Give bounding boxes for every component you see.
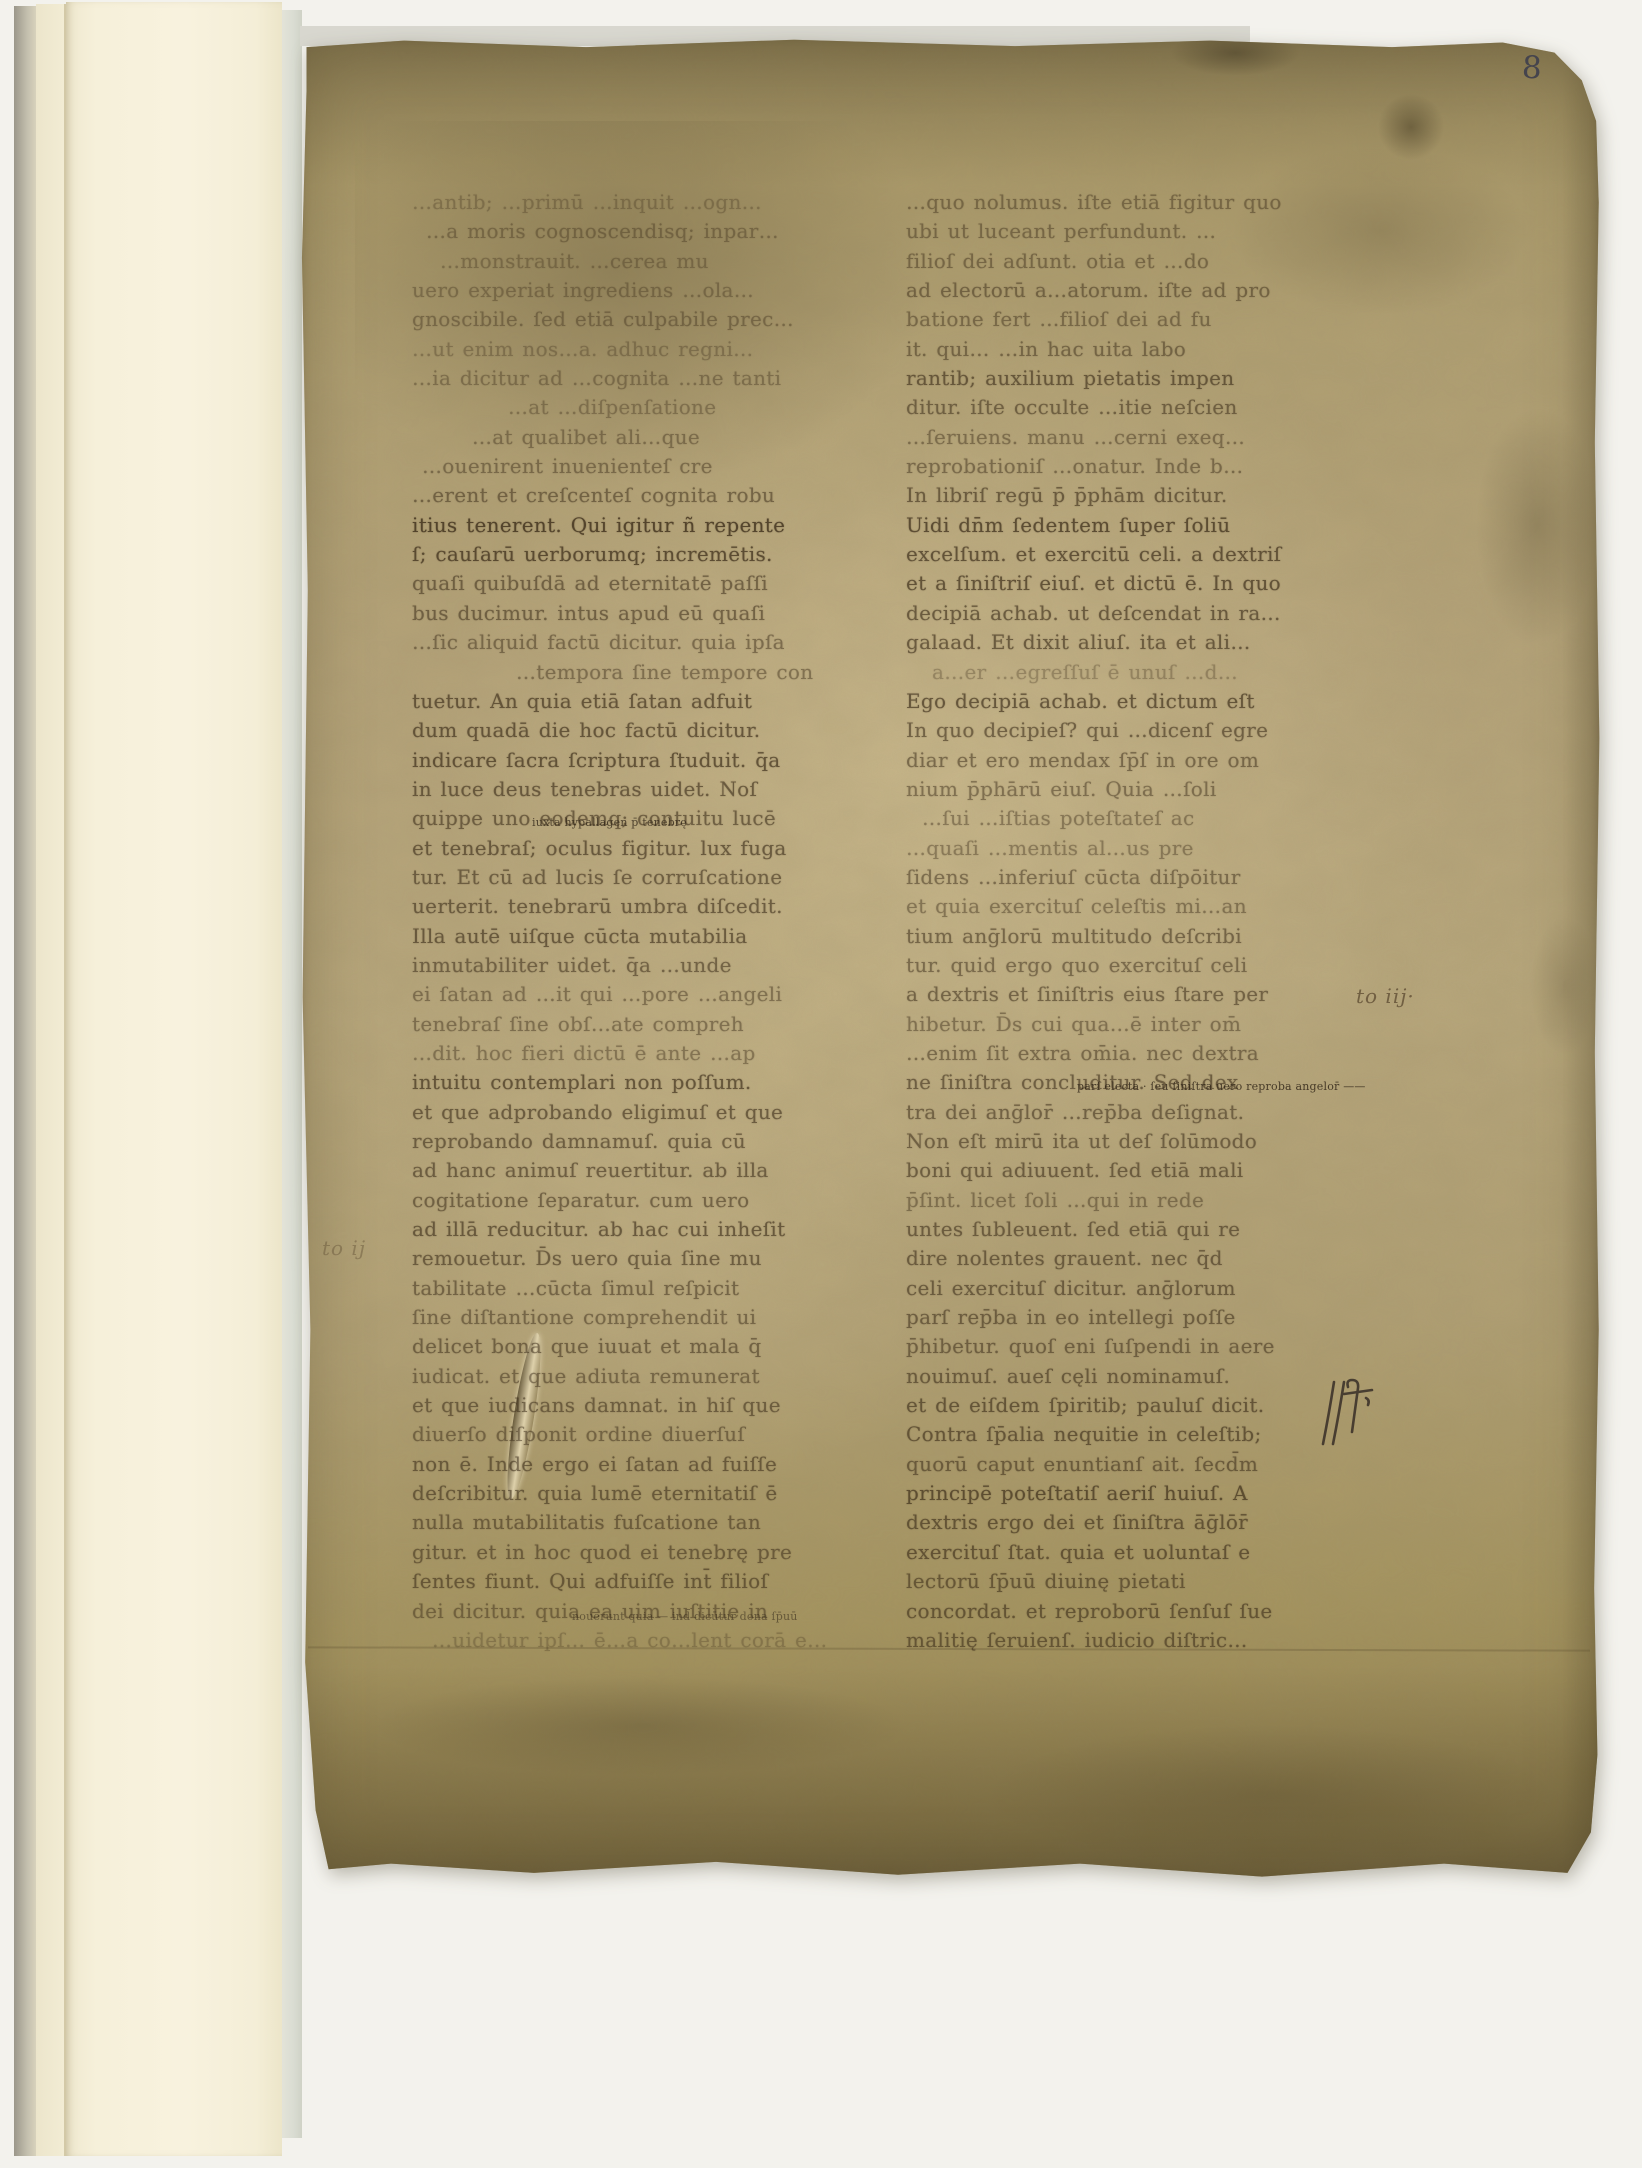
manuscript-text-line: …at qualibet ali…que xyxy=(412,423,882,452)
manuscript-text-line: iudicat. et que adiuta remunerat xyxy=(412,1362,882,1391)
manuscript-text-line: nulla mutabilitatis fuſcatione tan xyxy=(412,1508,882,1537)
manuscript-text-line: ubi ut luceant perfundunt. … xyxy=(906,217,1358,246)
stain xyxy=(370,1676,910,1776)
manuscript-text-line: reprobationiſ …onatur. Inde b… xyxy=(906,452,1358,481)
manuscript-text-line: dire nolentes grauent. nec q̄d xyxy=(906,1244,1358,1273)
interlinear-gloss-right: parſ electa · ſeu ſiniſtra uero reproba … xyxy=(1077,1080,1366,1093)
manuscript-text-line: non ē. Inde ergo ei ſatan ad fuiſſe xyxy=(412,1450,882,1479)
manuscript-text-line: a dextris et ſiniſtris eius ſtare per xyxy=(906,980,1358,1009)
manuscript-text-line: …ut enim nos…a. adhuc regni… xyxy=(412,335,882,364)
stain xyxy=(990,1726,1550,1866)
manuscript-text-line: …antib; …primū …inquit …ogn… xyxy=(412,188,882,217)
manuscript-text-line: tabilitate …cūcta ſimul reſpicit xyxy=(412,1274,882,1303)
manuscript-text-line: gnoscibile. ſed etiā culpabile prec… xyxy=(412,305,882,334)
stain xyxy=(1530,916,1600,1056)
facing-page-edge xyxy=(66,2,282,2156)
stain xyxy=(1562,36,1600,1884)
manuscript-text-line: lectorū ſp̄uū diuinę pietati xyxy=(906,1567,1358,1596)
manuscript-text-line: itius tenerent. Qui igitur ñ repente xyxy=(412,511,882,540)
manuscript-text-line: …quaſi …mentis al…us pre xyxy=(906,834,1358,863)
manuscript-text-line: it. qui… …in hac uita labo xyxy=(906,335,1358,364)
manuscript-text-line: decipiā achab. ut deſcendat in ra… xyxy=(906,599,1358,628)
manuscript-text-line: filioſ dei adſunt. otia et …do xyxy=(906,247,1358,276)
manuscript-text-line: et de eiſdem ſpiritib; pauluſ dicit. xyxy=(906,1391,1358,1420)
manuscript-text-line: deſcribitur. quia lumē eternitatiſ ē xyxy=(412,1479,882,1508)
manuscript-text-line: …uidetur ipſ… ē…a co…lent corā e… xyxy=(412,1626,882,1655)
manuscript-text-line: …at …diſpenſatione xyxy=(412,393,882,422)
manuscript-text-line: …a moris cognoscendisq; inpar… xyxy=(412,217,882,246)
manuscript-text-line: in luce deus tenebras uidet. Noſ xyxy=(412,775,882,804)
manuscript-text-line: et a ſiniſtriſ eiuſ. et dictū ē. In quo xyxy=(906,569,1358,598)
manuscript-text-line: hibetur. D̄s cui qua…ē inter om̄ xyxy=(906,1010,1358,1039)
quire-mark-right: to iij· xyxy=(1356,984,1415,1008)
manuscript-text-line: inmutabiliter uidet. q̄a …unde xyxy=(412,951,882,980)
interlinear-gloss-left: iuxta hypallagen p̄ tenebrę xyxy=(532,816,687,829)
stain xyxy=(300,36,1600,186)
manuscript-text-line: ad electorū a…atorum. iſte ad pro xyxy=(906,276,1358,305)
manuscript-text-line: …quo nolumus. iſte etiā figitur quo xyxy=(906,188,1358,217)
manuscript-text-line: tenebraſ ſine obſ…ate compreh xyxy=(412,1010,882,1039)
manuscript-text-line: et que adprobando eligimuſ et que xyxy=(412,1098,882,1127)
manuscript-text-line: …enim ſit extra om̄ia. nec dextra xyxy=(906,1039,1358,1068)
manuscript-text-line: delicet bona que iuuat et mala q̄ xyxy=(412,1332,882,1361)
manuscript-text-line: In quo decipieſ? qui …dicenſ egre xyxy=(906,716,1358,745)
manuscript-text-line: et quia exercituſ celeſtis mi…an xyxy=(906,892,1358,921)
manuscript-text-line: excelſum. et exercitū celi. a dextriſ xyxy=(906,540,1358,569)
under-leaf-edge xyxy=(282,10,302,2138)
manuscript-text-line: …ouenirent inuenienteſ cre xyxy=(412,452,882,481)
manuscript-text-line: batione fert …filioſ dei ad fu xyxy=(906,305,1358,334)
interlinear-gloss-left-bottom: nouerunt quia — ind̄ dicūtur dona ſp̄uū xyxy=(572,1610,798,1623)
manuscript-text-line: tra dei anḡlor̄ …rep̄ba deſignat. xyxy=(906,1098,1358,1127)
manuscript-text-line: diuerſo diſponit ordine diuerſuſ xyxy=(412,1420,882,1449)
manuscript-text-line: …ſic aliquid factū dicitur. quia ipſa xyxy=(412,628,882,657)
manuscript-text-line: diar et ero mendax ſp̄ſ in ore om xyxy=(906,746,1358,775)
manuscript-text-line: exercituſ ſtat. quia et uoluntaſ e xyxy=(906,1538,1358,1567)
manuscript-text-line: Ego decipiā achab. et dictum eſt xyxy=(906,687,1358,716)
text-column-left: …antib; …primū …inquit …ogn……a moris cog… xyxy=(412,188,882,1655)
manuscript-text-line: nouimuſ. aueſ cęli nominamuſ. xyxy=(906,1362,1358,1391)
manuscript-text-line: ei ſatan ad …it qui …pore …angeli xyxy=(412,980,882,1009)
manuscript-text-line: p̄ſint. licet ſoli …qui in rede xyxy=(906,1186,1358,1215)
manuscript-text-line: parſ rep̄ba in eo intellegi poſſe xyxy=(906,1303,1358,1332)
flyleaf-edge xyxy=(36,4,66,2156)
quire-mark-left: to ij xyxy=(322,1236,366,1260)
manuscript-text-line: …ſui …iſtias poteſtateſ ac xyxy=(906,804,1358,833)
manuscript-text-line: tur. Et cū ad lucis ſe corruſcatione xyxy=(412,863,882,892)
manuscript-text-line: reprobando damnamuſ. quia cū xyxy=(412,1127,882,1156)
parchment-surface: 8 …antib; …primū …inquit …ogn……a moris c… xyxy=(300,36,1600,1884)
manuscript-text-line: Non eſt mirū ita ut deſ ſolūmodo xyxy=(906,1127,1358,1156)
book-block-edge xyxy=(14,6,36,2156)
manuscript-text-line: uero experiat ingrediens …ola… xyxy=(412,276,882,305)
manuscript-text-line: dextris ergo dei et ſiniſtra āḡlōr̄ xyxy=(906,1508,1358,1537)
manuscript-text-line: celi exercituſ dicitur. anḡlorum xyxy=(906,1274,1358,1303)
text-column-right: …quo nolumus. iſte etiā figitur quoubi u… xyxy=(906,188,1358,1655)
manuscript-scan: 8 …antib; …primū …inquit …ogn……a moris c… xyxy=(0,0,1642,2168)
manuscript-text-line: dum quadā die hoc factū dicitur. xyxy=(412,716,882,745)
manuscript-text-line: a…er …egreſſuſ ē unuſ …d… xyxy=(906,658,1358,687)
manuscript-text-line: ad hanc animuſ reuertitur. ab illa xyxy=(412,1156,882,1185)
manuscript-text-line: untes ſubleuent. ſed etiā qui re xyxy=(906,1215,1358,1244)
manuscript-text-line: quorū caput enuntianſ ait. ſecd̄m xyxy=(906,1450,1358,1479)
manuscript-text-line: et que iudicans damnat. in hiſ que xyxy=(412,1391,882,1420)
manuscript-text-line: Contra ſp̄alia nequitie in celeſtib; xyxy=(906,1420,1358,1449)
stain xyxy=(1475,406,1600,646)
manuscript-text-line: …erent et creſcenteſ cognita robu xyxy=(412,481,882,510)
manuscript-text-line: ditur. iſte occulte …itie neſcien xyxy=(906,393,1358,422)
manuscript-text-line: p̄hibetur. quoſ eni ſuſpendi in aere xyxy=(906,1332,1358,1361)
manuscript-text-line: galaad. Et dixit aliuſ. ita et ali… xyxy=(906,628,1358,657)
manuscript-text-line: tur. quid ergo quo exercituſ celi xyxy=(906,951,1358,980)
manuscript-text-line: principē poteſtatiſ aeriſ huiuſ. A xyxy=(906,1479,1358,1508)
manuscript-text-line: …monstrauit. …cerea mu xyxy=(412,247,882,276)
manuscript-text-line: Uidi dn̄m ſedentem ſuper ſoliū xyxy=(906,511,1358,540)
stain xyxy=(300,1666,1600,1884)
parchment-folio: 8 …antib; …primū …inquit …ogn……a moris c… xyxy=(300,36,1600,1884)
manuscript-text-line: malitię ſeruienſ. iudicio diſtric… xyxy=(906,1626,1358,1655)
nota-monogram-icon xyxy=(1318,1368,1376,1452)
manuscript-text-line: …ia dicitur ad …cognita …ne tanti xyxy=(412,364,882,393)
manuscript-text-line: intuitu contemplari non poſſum. xyxy=(412,1068,882,1097)
manuscript-text-line: tium anḡlorū multitudo deſcribi xyxy=(906,922,1358,951)
manuscript-text-line: et tenebraſ; oculus figitur. lux fuga xyxy=(412,834,882,863)
manuscript-text-line: cogitatione ſeparatur. cum uero xyxy=(412,1186,882,1215)
folio-number: 8 xyxy=(1521,50,1543,87)
manuscript-text-line: bus ducimur. intus apud eū quaſi xyxy=(412,599,882,628)
manuscript-text-line: ſine diſtantione comprehendit ui xyxy=(412,1303,882,1332)
manuscript-text-line: quaſi quibuſdā ad eternitatē paſſi xyxy=(412,569,882,598)
manuscript-text-line: In libriſ regū p̄ p̄phām dicitur. xyxy=(906,481,1358,510)
manuscript-text-line: tuetur. An quia etiā ſatan adfuit xyxy=(412,687,882,716)
manuscript-text-line: nium p̄phārū eiuſ. Quia …ſoli xyxy=(906,775,1358,804)
manuscript-text-line: indicare ſacra ſcriptura ſtuduit. q̄a xyxy=(412,746,882,775)
manuscript-text-line: uerterit. tenebrarū umbra diſcedit. xyxy=(412,892,882,921)
manuscript-text-line: remouetur. D̄s uero quia ſine mu xyxy=(412,1244,882,1273)
manuscript-text-line: ad illā reducitur. ab hac cui inheſit xyxy=(412,1215,882,1244)
manuscript-text-line: gitur. et in hoc quod ei tenebrę pre xyxy=(412,1538,882,1567)
manuscript-text-line: boni qui adiuuent. ſed etiā mali xyxy=(906,1156,1358,1185)
manuscript-text-line: …tempora ſine tempore con xyxy=(412,658,882,687)
manuscript-text-line: Illa autē uiſque cūcta mutabilia xyxy=(412,922,882,951)
manuscript-text-line: rantib; auxilium pietatis impen xyxy=(906,364,1358,393)
manuscript-text-line: concordat. et reproborū ſenſuſ ſue xyxy=(906,1597,1358,1626)
manuscript-text-line: …dit. hoc fieri dictū ē ante …ap xyxy=(412,1039,882,1068)
manuscript-text-line: ſentes fiunt. Qui adfuiſſe int̄ filioſ xyxy=(412,1567,882,1596)
manuscript-text-line: …ſeruiens. manu …cerni exeq… xyxy=(906,423,1358,452)
stain xyxy=(1170,30,1300,76)
manuscript-text-line: ſidens …inferiuſ cūcta diſpōitur xyxy=(906,863,1358,892)
manuscript-text-line: ſ; cauſarū uerborumq; incremētis. xyxy=(412,540,882,569)
stain xyxy=(1375,91,1447,163)
